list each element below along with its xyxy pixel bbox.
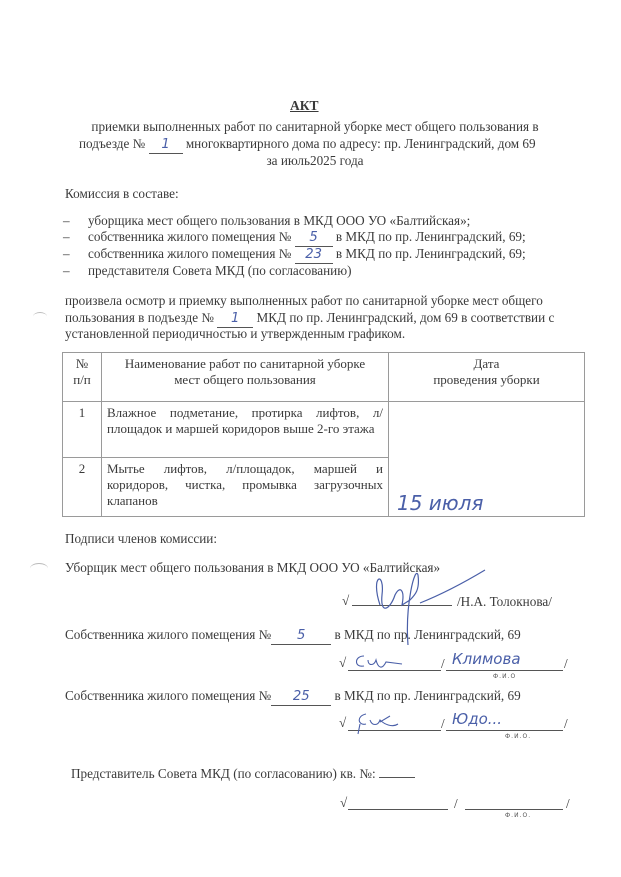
owner2-apartment-field[interactable]: 25: [271, 688, 331, 706]
member-prefix: собственника жилого помещения №: [88, 229, 291, 244]
margin-mark: [30, 563, 48, 574]
signatures-heading: Подписи членов комиссии:: [65, 531, 217, 547]
statement-suffix: МКД по пр. Ленинградский, дом 69 в соотв…: [257, 310, 555, 325]
owner1-apartment-field[interactable]: 5: [271, 627, 331, 645]
bullet: –: [63, 229, 88, 245]
owner1-handwritten-name: Климова: [452, 650, 521, 668]
header-text: мест общего пользования: [107, 372, 383, 388]
header-text: №: [68, 356, 96, 372]
representative-signature-line[interactable]: [348, 809, 448, 810]
member-prefix: собственника жилого помещения №: [88, 246, 291, 261]
owner-prefix: Собственника жилого помещения №: [65, 688, 271, 703]
apartment-number-field[interactable]: 23: [295, 246, 333, 264]
representative-label: Представитель Совета МКД (по согласовани…: [71, 766, 376, 781]
commission-member-3: –собственника жилого помещения № 23 в МК…: [63, 246, 526, 264]
date-cell[interactable]: 15 июля: [389, 402, 585, 517]
owner1-signature-icon: [352, 650, 412, 672]
owner-prefix: Собственника жилого помещения №: [65, 627, 271, 642]
owner2-signature-icon: [352, 710, 412, 736]
slash: /: [454, 796, 458, 812]
fio-caption: Ф.И.О.: [505, 733, 531, 740]
header-name: Наименование работ по санитарной уборке …: [102, 353, 389, 402]
statement-line-3: установленной периодичностью и утвержден…: [65, 326, 405, 342]
slash: /: [564, 656, 568, 672]
bullet: –: [63, 263, 88, 279]
representative-name-line[interactable]: [465, 809, 563, 810]
slash: /: [566, 796, 570, 812]
check-mark: √: [340, 795, 347, 811]
commission-member-2: –собственника жилого помещения № 5 в МКД…: [63, 229, 526, 247]
statement-line-1: произвела осмотр и приемку выполненных р…: [65, 293, 543, 309]
subtitle-period: за июль2025 года: [50, 153, 580, 169]
bullet: –: [63, 246, 88, 262]
commission-member-4: –представителя Совета МКД (по согласован…: [63, 263, 351, 279]
owner2-line: Собственника жилого помещения №25 в МКД …: [65, 688, 521, 706]
subtitle-suffix: многоквартирного дома по адресу: пр. Лен…: [186, 136, 536, 151]
check-mark: √: [339, 715, 346, 731]
header-text: Дата: [394, 356, 579, 372]
representative-apartment-field[interactable]: [379, 777, 415, 778]
owner2-name-line[interactable]: [446, 730, 563, 731]
entrance-number-field[interactable]: 1: [149, 136, 183, 154]
table-header-row: № п/п Наименование работ по санитарной у…: [63, 353, 585, 402]
document-title: АКТ: [290, 98, 319, 114]
row-name: Влажное подметание, протирка лифтов, л/п…: [102, 402, 389, 458]
statement-prefix: пользования в подъезде №: [65, 310, 214, 325]
check-mark: √: [339, 655, 346, 671]
header-text: п/п: [68, 372, 96, 388]
slash: /: [564, 716, 568, 732]
slash: /: [441, 656, 445, 672]
commission-member-1: –уборщика мест общего пользования в МКД …: [63, 213, 470, 229]
check-mark: √: [342, 593, 349, 609]
margin-mark: [33, 312, 47, 321]
owner-suffix: в МКД по пр. Ленинградский, 69: [335, 688, 521, 703]
header-date: Дата проведения уборки: [389, 353, 585, 402]
owner1-name-line[interactable]: [446, 670, 563, 671]
subtitle-line-1: приемки выполненных работ по санитарной …: [50, 119, 580, 135]
bullet: –: [63, 213, 88, 229]
member-text: уборщика мест общего пользования в МКД О…: [88, 213, 470, 228]
row-name: Мытье лифтов, л/площадок, маршей и корид…: [102, 458, 389, 517]
cleaner-name: /Н.А. Толокнова/: [457, 594, 552, 610]
fio-caption: Ф.И.О: [493, 673, 516, 680]
subtitle-line-2: подъезде № 1 многоквартирного дома по ад…: [79, 136, 536, 154]
slash: /: [441, 716, 445, 732]
header-text: Наименование работ по санитарной уборке: [107, 356, 383, 372]
works-table: № п/п Наименование работ по санитарной у…: [62, 352, 585, 517]
handwritten-date: 15 июля: [397, 491, 483, 515]
apartment-number-field[interactable]: 5: [295, 229, 333, 247]
row-num: 1: [63, 402, 102, 458]
fio-caption: Ф.И.О.: [505, 812, 531, 819]
member-text: представителя Совета МКД (по согласовани…: [88, 263, 351, 278]
subtitle-prefix: подъезде №: [79, 136, 145, 151]
commission-heading: Комиссия в составе:: [65, 186, 179, 202]
member-suffix: в МКД по пр. Ленинградский, 69;: [336, 246, 526, 261]
table-row: 1 Влажное подметание, протирка лифтов, л…: [63, 402, 585, 458]
representative-line: Представитель Совета МКД (по согласовани…: [71, 766, 415, 782]
member-suffix: в МКД по пр. Ленинградский, 69;: [336, 229, 526, 244]
owner-suffix: в МКД по пр. Ленинградский, 69: [335, 627, 521, 642]
header-text: проведения уборки: [394, 372, 579, 388]
owner1-line: Собственника жилого помещения №5 в МКД п…: [65, 627, 521, 645]
owner2-handwritten-name: Юдо...: [452, 710, 502, 728]
header-num: № п/п: [63, 353, 102, 402]
row-num: 2: [63, 458, 102, 517]
